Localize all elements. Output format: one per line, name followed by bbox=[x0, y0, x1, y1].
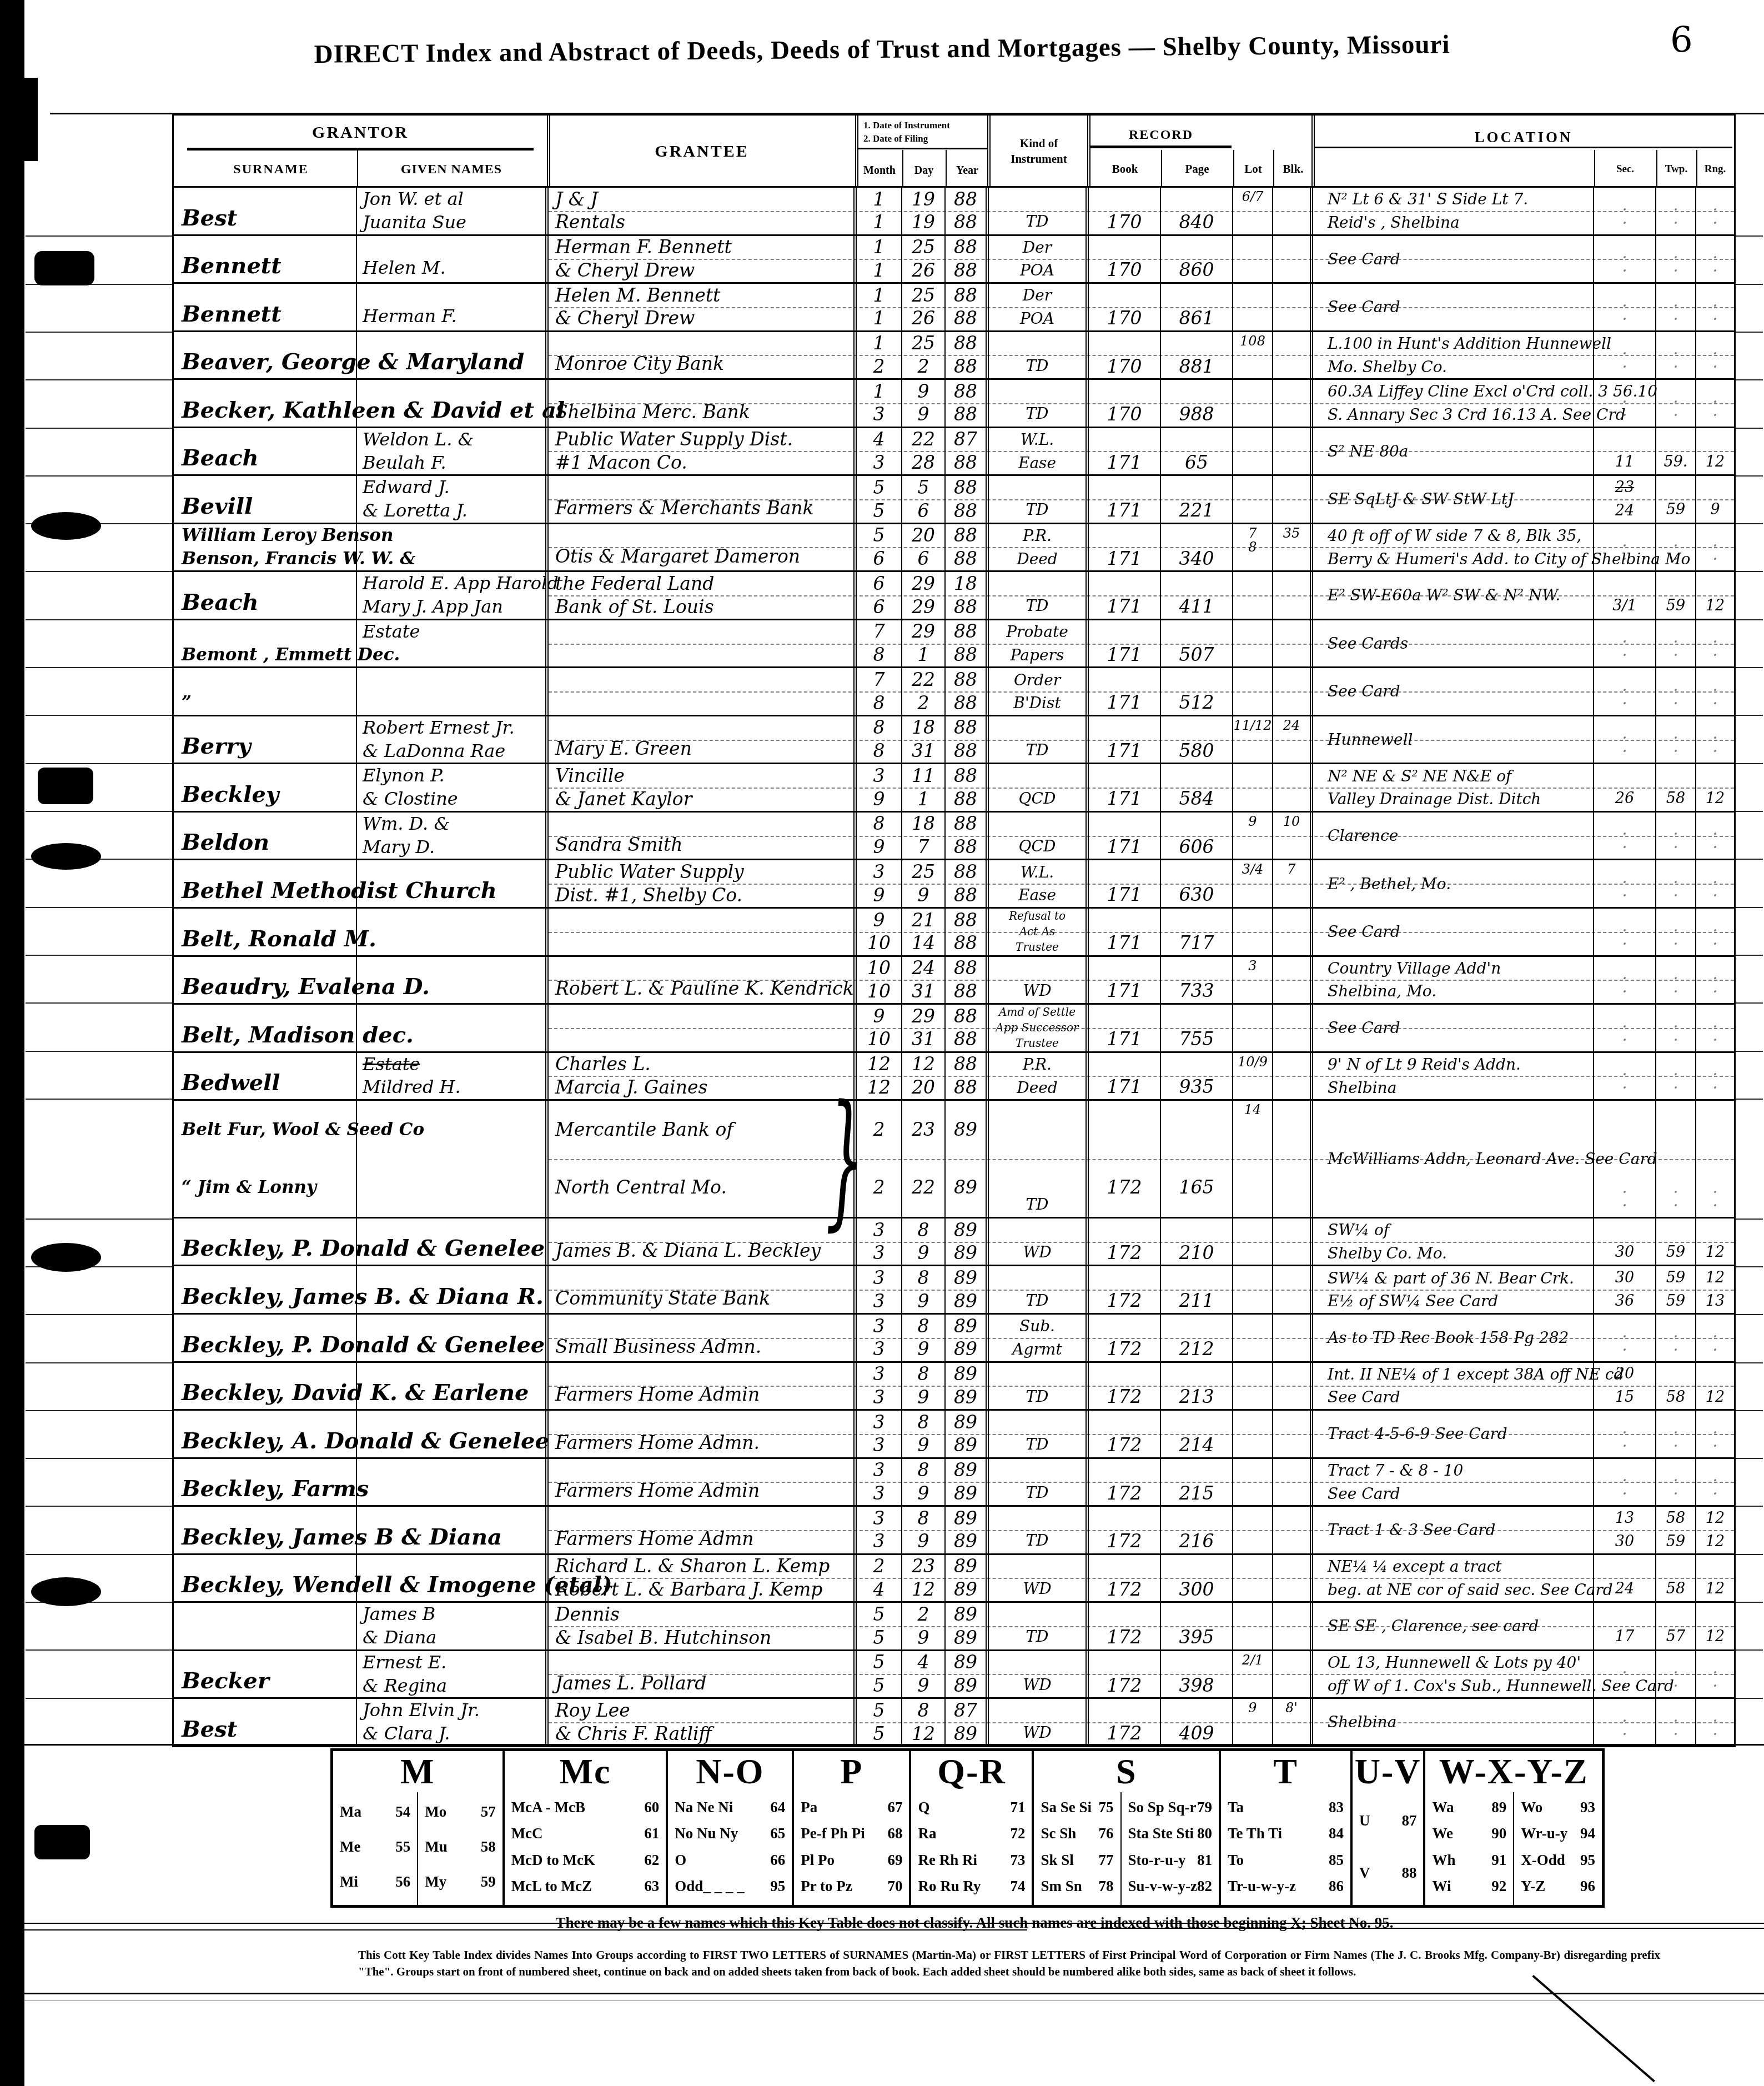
day-cell: 2931 bbox=[902, 1005, 946, 1051]
ledger-entry-row: Beckley, James B. & Diana R.Community St… bbox=[174, 1266, 1734, 1315]
location-cell: NE¼ ¼ except a tractbeg. at NE cor of sa… bbox=[1313, 1555, 1594, 1602]
ledger-entry-row: Beckley, P. Donald & GeneleeJames B. & D… bbox=[174, 1218, 1734, 1267]
year-cell: 8888 bbox=[946, 620, 989, 667]
record-page-cell: 512 bbox=[1161, 668, 1233, 715]
record-page-cell: 395 bbox=[1161, 1603, 1233, 1649]
key-entry: Mi56 bbox=[333, 1873, 417, 1891]
lot-cell: 108 bbox=[1233, 332, 1273, 379]
twp-cell: ·· bbox=[1656, 909, 1696, 955]
record-book-cell: 171 bbox=[1089, 428, 1161, 475]
location-cell: Int. II NE¼ of 1 except 38A off NE cdSee… bbox=[1313, 1363, 1594, 1410]
year-cell: 8888 bbox=[946, 524, 989, 571]
blk-cell: 8' bbox=[1273, 1699, 1313, 1746]
margin-rule-line bbox=[26, 619, 172, 620]
key-entry: No Nu Ny65 bbox=[668, 1825, 792, 1842]
year-cell: 8888 bbox=[946, 332, 989, 379]
month-cell: 39 bbox=[857, 860, 902, 907]
grantee-cell: Robert L. & Pauline K. Kendrick bbox=[549, 957, 857, 1004]
record-book-cell: 170 bbox=[1089, 332, 1161, 379]
sec-cell: 17 bbox=[1594, 1603, 1656, 1649]
year-cell: 8989 bbox=[946, 1315, 989, 1361]
kind-of-instrument-cell: Refusal toAct AsTrustee bbox=[989, 909, 1089, 955]
twp-cell: ·· bbox=[1656, 813, 1696, 859]
lot-cell bbox=[1233, 1218, 1273, 1265]
month-cell: 89 bbox=[857, 813, 902, 859]
year-cell: 8989 bbox=[946, 1603, 989, 1649]
rng-cell: ·· bbox=[1696, 620, 1734, 667]
sec-cell: ·· bbox=[1594, 1315, 1656, 1361]
twp-cell: 59 bbox=[1656, 476, 1696, 523]
margin-rule-line bbox=[26, 763, 172, 764]
blk-cell bbox=[1273, 1651, 1313, 1698]
margin-rule-line bbox=[26, 332, 172, 333]
key-group-T: TTa83Te Th Ti84To85Tr-u-w-y-z86 bbox=[1221, 1751, 1353, 1905]
key-entry: Pr to Pz70 bbox=[794, 1878, 909, 1895]
sec-cell: ·· bbox=[1594, 1053, 1656, 1100]
margin-rule-line bbox=[26, 667, 172, 668]
month-cell: 43 bbox=[857, 428, 902, 475]
kind-of-instrument-cell: Amd of SettleApp SuccessorTrustee bbox=[989, 1005, 1089, 1051]
given-names-cell: Herman F. bbox=[357, 284, 549, 330]
year-cell: 8888 bbox=[946, 284, 989, 330]
key-entry: Sk Sl77 bbox=[1034, 1852, 1120, 1869]
location-cell: Shelbina bbox=[1313, 1699, 1594, 1746]
sec-cell: ·· bbox=[1594, 1411, 1656, 1457]
blk-cell bbox=[1273, 1411, 1313, 1457]
key-entry: Wh91 bbox=[1425, 1852, 1513, 1869]
surname-cell: Bennett bbox=[174, 284, 357, 330]
surname-cell: Beaver, George & Maryland bbox=[174, 332, 357, 379]
record-page-cell: 630 bbox=[1161, 860, 1233, 907]
col-header-kind1: Kind of bbox=[989, 137, 1089, 151]
ledger-entry-row: Belt, Ronald M.91021148888Refusal toAct … bbox=[174, 909, 1734, 957]
grantee-cell: Farmers Home Admn bbox=[549, 1507, 857, 1553]
surname-cell: Beldon bbox=[174, 813, 357, 859]
surname-cell: Bevill bbox=[174, 476, 357, 523]
page-title: DIRECT Index and Abstract of Deeds, Deed… bbox=[0, 27, 1764, 72]
rng-cell: ·· bbox=[1696, 1411, 1734, 1457]
lot-cell bbox=[1233, 620, 1273, 667]
ledger-entry-row: BevillEdward J.& Loretta J.Farmers & Mer… bbox=[174, 476, 1734, 524]
given-names-cell bbox=[357, 668, 549, 715]
key-group-S: SSa Se Si75Sc Sh76Sk Sl77Sm Sn78So Sp Sq… bbox=[1034, 1751, 1221, 1905]
rng-cell: ·· bbox=[1696, 284, 1734, 330]
key-entry: Me55 bbox=[333, 1838, 417, 1856]
location-cell: E² , Bethel, Mo. bbox=[1313, 860, 1594, 907]
record-book-cell: 171 bbox=[1089, 813, 1161, 859]
blk-cell bbox=[1273, 188, 1313, 234]
twp-cell: ·· bbox=[1656, 284, 1696, 330]
month-cell: 78 bbox=[857, 620, 902, 667]
month-cell: 33 bbox=[857, 1218, 902, 1265]
key-entry: Ma54 bbox=[333, 1803, 417, 1821]
sec-cell: ·· bbox=[1594, 1459, 1656, 1506]
twp-cell: ·· bbox=[1656, 668, 1696, 715]
twp-cell: 5959 bbox=[1656, 1266, 1696, 1313]
key-entry: Wo93 bbox=[1514, 1799, 1602, 1816]
col-header-record: RECORD bbox=[1089, 128, 1233, 143]
twp-cell: ·· bbox=[1656, 188, 1696, 234]
ledger-entry-row: William Leroy BensonBenson, Francis W. W… bbox=[174, 524, 1734, 573]
col-header-page: Page bbox=[1161, 162, 1233, 176]
margin-rule-line bbox=[26, 1506, 172, 1507]
record-book-cell: 172 bbox=[1089, 1266, 1161, 1313]
key-group-Q-R: Q-RQ71Ra72Re Rh Ri73Ro Ru Ry74 bbox=[911, 1751, 1034, 1905]
grantee-cell: James L. Pollard bbox=[549, 1651, 857, 1698]
key-entry: We90 bbox=[1425, 1825, 1513, 1842]
year-cell: 8888 bbox=[946, 188, 989, 234]
given-names-cell bbox=[357, 1555, 549, 1602]
blk-cell bbox=[1273, 909, 1313, 955]
margin-rule-line bbox=[26, 715, 172, 716]
margin-rule-line bbox=[1734, 1002, 1763, 1004]
key-column: Wa89We90Wh91Wi92 bbox=[1425, 1792, 1513, 1905]
ruled-line bbox=[0, 2000, 1764, 2001]
month-cell: 39 bbox=[857, 764, 902, 811]
sec-cell: ·· bbox=[1594, 909, 1656, 955]
margin-rule-line bbox=[26, 1649, 172, 1651]
sec-cell: ·· bbox=[1594, 332, 1656, 379]
record-page-cell: 840 bbox=[1161, 188, 1233, 234]
month-cell: 55 bbox=[857, 1699, 902, 1746]
record-page-cell: 755 bbox=[1161, 1005, 1233, 1051]
surname-cell: Beckley, Farms bbox=[174, 1459, 357, 1506]
grantee-cell: Farmers Home Admin bbox=[549, 1459, 857, 1506]
twp-cell: ·· bbox=[1656, 524, 1696, 571]
key-entry: Sta Ste Sti80 bbox=[1122, 1825, 1219, 1842]
margin-rule-line bbox=[1734, 1051, 1763, 1052]
day-cell: 2929 bbox=[902, 572, 946, 619]
surname-cell: Beach bbox=[174, 428, 357, 475]
blk-cell bbox=[1273, 764, 1313, 811]
twp-cell: ·· bbox=[1656, 1053, 1696, 1100]
key-entry: Mo57 bbox=[418, 1803, 502, 1821]
year-cell: 8989 bbox=[946, 1101, 989, 1217]
location-cell: E² SW-E60a W² SW & N² NW. bbox=[1313, 572, 1594, 619]
day-cell: 206 bbox=[902, 524, 946, 571]
rng-cell: ·· bbox=[1696, 668, 1734, 715]
year-cell: 8989 bbox=[946, 1218, 989, 1265]
key-group-header: U-V bbox=[1353, 1751, 1423, 1792]
sec-cell: 3/1 bbox=[1594, 572, 1656, 619]
key-group-header: M bbox=[333, 1751, 502, 1792]
lot-cell bbox=[1233, 1603, 1273, 1649]
grantee-cell: Herman F. Bennett& Cheryl Drew bbox=[549, 236, 857, 283]
surname-cell: ” bbox=[174, 668, 357, 715]
record-page-cell: 507 bbox=[1161, 620, 1233, 667]
location-cell: Hunnewell bbox=[1313, 716, 1594, 763]
year-cell: 8888 bbox=[946, 716, 989, 763]
col-header-book: Book bbox=[1089, 162, 1161, 176]
month-cell: 78 bbox=[857, 668, 902, 715]
rng-cell: ·· bbox=[1696, 716, 1734, 763]
kind-of-instrument-cell: Sub.Agrmt bbox=[989, 1315, 1089, 1361]
col-header-date2: 2. Date of Filing bbox=[863, 133, 928, 144]
record-book-cell: 172 bbox=[1089, 1603, 1161, 1649]
month-cell: 33 bbox=[857, 1507, 902, 1553]
lot-cell bbox=[1233, 476, 1273, 523]
ledger-entry-row: ”782228888OrderB'Dist171512See Card·····… bbox=[174, 668, 1734, 716]
record-book-cell: 171 bbox=[1089, 572, 1161, 619]
given-names-cell: James B& Diana bbox=[357, 1603, 549, 1649]
record-book-cell: 171 bbox=[1089, 668, 1161, 715]
lot-cell bbox=[1233, 1411, 1273, 1457]
day-cell: 2526 bbox=[902, 284, 946, 330]
twp-cell: ·· bbox=[1656, 860, 1696, 907]
record-page-cell: 988 bbox=[1161, 380, 1233, 427]
ledger-entry-row: Beckley, A. Donald & GeneleeFarmers Home… bbox=[174, 1411, 1734, 1459]
twp-cell: 58 bbox=[1656, 1555, 1696, 1602]
margin-rule-line bbox=[1734, 955, 1763, 956]
record-book-cell: 172 bbox=[1089, 1363, 1161, 1410]
margin-rule-line bbox=[26, 235, 172, 237]
month-cell: 33 bbox=[857, 1459, 902, 1506]
given-names-cell bbox=[357, 1507, 549, 1553]
ledger-entry-row: BestJohn Elvin Jr.& Clara J.Roy Lee& Chr… bbox=[174, 1699, 1734, 1746]
twp-cell: 59 bbox=[1656, 1218, 1696, 1265]
margin-rule-line bbox=[26, 1410, 172, 1411]
kind-of-instrument-cell: DerPOA bbox=[989, 284, 1089, 330]
key-column: Na Ne Ni64No Nu Ny65O66Odd_ _ _ _95 bbox=[668, 1792, 792, 1905]
day-cell: 99 bbox=[902, 380, 946, 427]
day-cell: 89 bbox=[902, 1459, 946, 1506]
ledger-entry-row: James B& DianaDennis& Isabel B. Hutchins… bbox=[174, 1603, 1734, 1651]
grantee-cell: Mary E. Green bbox=[549, 716, 857, 763]
location-cell: 40 ft off of W side 7 & 8, Blk 35,Berry … bbox=[1313, 524, 1594, 571]
location-cell: SE SE , Clarence, see card bbox=[1313, 1603, 1594, 1649]
sec-cell: 11 bbox=[1594, 428, 1656, 475]
rng-cell: 12 bbox=[1696, 428, 1734, 475]
record-book-cell: 172 bbox=[1089, 1651, 1161, 1698]
record-book-cell: 172 bbox=[1089, 1411, 1161, 1457]
ledger-entry-row: Beckley, P. Donald & GeneleeSmall Busine… bbox=[174, 1315, 1734, 1363]
ledger-entry-row: Beaudry, Evalena D.Robert L. & Pauline K… bbox=[174, 957, 1734, 1005]
surname-cell bbox=[174, 1603, 357, 1649]
grantee-cell: Sandra Smith bbox=[549, 813, 857, 859]
day-cell: 49 bbox=[902, 1651, 946, 1698]
margin-rule-line bbox=[1734, 1218, 1763, 1220]
day-cell: 2312 bbox=[902, 1555, 946, 1602]
grantee-cell: Mercantile Bank ofNorth Central Mo.} bbox=[549, 1101, 857, 1217]
record-page-cell: 606 bbox=[1161, 813, 1233, 859]
key-entry: Su-v-w-y-z82 bbox=[1122, 1878, 1219, 1895]
record-page-cell: 210 bbox=[1161, 1218, 1233, 1265]
kind-of-instrument-cell: TD bbox=[989, 476, 1089, 523]
record-page-cell: 584 bbox=[1161, 764, 1233, 811]
lot-cell bbox=[1233, 428, 1273, 475]
blk-cell bbox=[1273, 1053, 1313, 1100]
year-cell: 8989 bbox=[946, 1363, 989, 1410]
location-cell: As to TD Rec Book 158 Pg 282 bbox=[1313, 1315, 1594, 1361]
key-column: Q71Ra72Re Rh Ri73Ro Ru Ry74 bbox=[911, 1792, 1032, 1905]
record-book-cell: 171 bbox=[1089, 524, 1161, 571]
surname-cell: Becker, Kathleen & David et al bbox=[174, 380, 357, 427]
rng-cell: 9 bbox=[1696, 476, 1734, 523]
blk-cell bbox=[1273, 1603, 1313, 1649]
margin-rule-line bbox=[1734, 811, 1763, 812]
year-cell: 8888 bbox=[946, 764, 989, 811]
lot-cell: 78 bbox=[1233, 524, 1273, 571]
blk-cell bbox=[1273, 620, 1313, 667]
record-page-cell: 216 bbox=[1161, 1507, 1233, 1553]
rng-cell: ·· bbox=[1696, 813, 1734, 859]
month-cell: 22 bbox=[857, 1101, 902, 1217]
margin-rule-line bbox=[1734, 1362, 1763, 1363]
rng-cell: ·· bbox=[1696, 1315, 1734, 1361]
kind-of-instrument-cell: TD bbox=[989, 1363, 1089, 1410]
year-cell: 8888 bbox=[946, 380, 989, 427]
ledger-entry-row: Bemont , Emmett Dec.Estate782918888Proba… bbox=[174, 620, 1734, 669]
key-column: So Sp Sq-r79Sta Ste Sti80Sto-r-u-y81Su-v… bbox=[1120, 1792, 1219, 1905]
record-page-cell: 211 bbox=[1161, 1266, 1233, 1313]
ledger-entry-row: BedwellEstateMildred H.Charles L.Marcia … bbox=[174, 1053, 1734, 1101]
sec-cell: ·· bbox=[1594, 716, 1656, 763]
key-column: Ta83Te Th Ti84To85Tr-u-w-y-z86 bbox=[1221, 1792, 1350, 1905]
grantee-cell: the Federal LandBank of St. Louis bbox=[549, 572, 857, 619]
margin-rule-line bbox=[1734, 379, 1763, 380]
scan-edge bbox=[0, 78, 38, 161]
col-header-year: Year bbox=[946, 164, 989, 177]
year-cell: 8888 bbox=[946, 1053, 989, 1100]
record-book-cell: 172 bbox=[1089, 1699, 1161, 1746]
blk-cell bbox=[1273, 1315, 1313, 1361]
month-cell: 56 bbox=[857, 524, 902, 571]
sec-cell: 1330 bbox=[1594, 1507, 1656, 1553]
kind-of-instrument-cell: W.L.Ease bbox=[989, 428, 1089, 475]
rng-cell: ·· bbox=[1696, 1699, 1734, 1746]
twp-cell: 57 bbox=[1656, 1603, 1696, 1649]
punch-hole bbox=[31, 843, 101, 870]
record-page-cell: 580 bbox=[1161, 716, 1233, 763]
col-header-day: Day bbox=[902, 164, 946, 177]
day-cell: 89 bbox=[902, 1218, 946, 1265]
record-page-cell: 213 bbox=[1161, 1363, 1233, 1410]
margin-rule-line bbox=[1734, 1554, 1763, 1555]
punch-hole bbox=[31, 512, 101, 540]
twp-cell: ·· bbox=[1656, 380, 1696, 427]
day-cell: 89 bbox=[902, 1363, 946, 1410]
blk-cell bbox=[1273, 572, 1313, 619]
given-names-cell: John Elvin Jr.& Clara J. bbox=[357, 1699, 549, 1746]
given-names-cell: EstateMildred H. bbox=[357, 1053, 549, 1100]
lot-cell: 2/1 bbox=[1233, 1651, 1273, 1698]
kind-of-instrument-cell: TD bbox=[989, 1459, 1089, 1506]
lot-cell: 14 bbox=[1233, 1101, 1273, 1217]
record-book-cell: 170 bbox=[1089, 188, 1161, 234]
given-names-cell bbox=[357, 1459, 549, 1506]
surname-cell: Berry bbox=[174, 716, 357, 763]
ledger-entry-row: Beckley, David K. & EarleneFarmers Home … bbox=[174, 1363, 1734, 1411]
punch-hole bbox=[34, 1825, 90, 1859]
key-entry: Sa Se Si75 bbox=[1034, 1799, 1120, 1816]
year-cell: 8789 bbox=[946, 1699, 989, 1746]
key-entry: Sto-r-u-y81 bbox=[1122, 1852, 1219, 1869]
col-header-blk: Blk. bbox=[1273, 162, 1313, 176]
surname-cell: Bethel Methodist Church bbox=[174, 860, 357, 907]
sec-cell: ·· bbox=[1594, 668, 1656, 715]
lot-cell bbox=[1233, 1315, 1273, 1361]
grantee-cell: Roy Lee& Chris F. Ratliff bbox=[549, 1699, 857, 1746]
rng-cell: 12 bbox=[1696, 1363, 1734, 1410]
given-names-cell: Edward J.& Loretta J. bbox=[357, 476, 549, 523]
year-cell: 8888 bbox=[946, 957, 989, 1004]
stray-pen-mark bbox=[1532, 1975, 1655, 2082]
surname-cell: Belt, Ronald M. bbox=[174, 909, 357, 955]
margin-rule-line bbox=[26, 1314, 172, 1315]
footer-fine-print: This Cott Key Table Index divides Names … bbox=[358, 1947, 1660, 1980]
month-cell: 55 bbox=[857, 1651, 902, 1698]
ledger-entry-row: Beckley, James B & DianaFarmers Home Adm… bbox=[174, 1507, 1734, 1555]
location-cell: OL 13, Hunnewell & Lots py 40'off W of 1… bbox=[1313, 1651, 1594, 1698]
rng-cell: ·· bbox=[1696, 380, 1734, 427]
col-header-lot: Lot bbox=[1233, 162, 1273, 176]
month-cell: 11 bbox=[857, 284, 902, 330]
sec-cell: ·· bbox=[1594, 957, 1656, 1004]
record-book-cell: 171 bbox=[1089, 1053, 1161, 1100]
key-entry: Q71 bbox=[911, 1799, 1032, 1816]
record-book-cell: 170 bbox=[1089, 236, 1161, 283]
key-entry: Te Th Ti84 bbox=[1221, 1825, 1350, 1842]
sec-cell: ·· bbox=[1594, 188, 1656, 234]
key-table-note: There may be a few names which this Key … bbox=[344, 1914, 1605, 1932]
ledger-page: DIRECT Index and Abstract of Deeds, Deed… bbox=[0, 0, 1764, 2086]
ledger-entry-row: Beckley, FarmsFarmers Home Admin33898989… bbox=[174, 1459, 1734, 1507]
given-names-cell: Estate bbox=[357, 620, 549, 667]
col-header-date1: 1. Date of Instrument bbox=[863, 120, 950, 131]
surname-cell: Belt Fur, Wool & Seed Co“ Jim & Lonny bbox=[174, 1101, 357, 1217]
sec-cell: ·· bbox=[1594, 1005, 1656, 1051]
key-entry: Wa89 bbox=[1425, 1799, 1513, 1816]
year-cell: 1888 bbox=[946, 572, 989, 619]
location-cell: L.100 in Hunt's Addition HunnewellMo. Sh… bbox=[1313, 332, 1594, 379]
grantee-cell bbox=[549, 620, 857, 667]
rng-cell: 12 bbox=[1696, 1555, 1734, 1602]
day-cell: 252 bbox=[902, 332, 946, 379]
key-group-header: Mc bbox=[505, 1751, 666, 1792]
key-group-W-X-Y-Z: W-X-Y-ZWa89We90Wh91Wi92Wo93Wr-u-y94X-Odd… bbox=[1425, 1751, 1602, 1905]
month-cell: 33 bbox=[857, 1266, 902, 1313]
surname-cell: Beckley bbox=[174, 764, 357, 811]
year-cell: 8989 bbox=[946, 1507, 989, 1553]
twp-cell: ·· bbox=[1656, 1699, 1696, 1746]
rng-cell: ·· bbox=[1696, 1053, 1734, 1100]
scan-edge bbox=[0, 0, 24, 2086]
given-names-cell bbox=[357, 1005, 549, 1051]
sec-cell: 3036 bbox=[1594, 1266, 1656, 1313]
punch-hole bbox=[38, 768, 93, 804]
sec-cell: ·· bbox=[1594, 284, 1656, 330]
sec-cell: ·· bbox=[1594, 620, 1656, 667]
margin-rule-line bbox=[26, 955, 172, 956]
year-cell: 8888 bbox=[946, 236, 989, 283]
month-cell: 33 bbox=[857, 1411, 902, 1457]
month-cell: 33 bbox=[857, 1315, 902, 1361]
location-cell: SW¼ & part of 36 N. Bear Crk.E½ of SW¼ S… bbox=[1313, 1266, 1594, 1313]
lot-cell bbox=[1233, 764, 1273, 811]
key-group-header: P bbox=[794, 1751, 909, 1792]
grantee-cell: Public Water Supply Dist.#1 Macon Co. bbox=[549, 428, 857, 475]
lot-cell bbox=[1233, 1555, 1273, 1602]
lot-cell: 9 bbox=[1233, 1699, 1273, 1746]
margin-rule-line bbox=[26, 1458, 172, 1459]
margin-rule-line bbox=[26, 475, 172, 477]
day-cell: 2526 bbox=[902, 236, 946, 283]
record-page-cell: 221 bbox=[1161, 476, 1233, 523]
twp-cell: ·· bbox=[1656, 957, 1696, 1004]
record-page-cell: 65 bbox=[1161, 428, 1233, 475]
year-cell: 8989 bbox=[946, 1411, 989, 1457]
location-cell: 60.3A Liffey Cline Excl o'Crd coll. 3 56… bbox=[1313, 380, 1594, 427]
